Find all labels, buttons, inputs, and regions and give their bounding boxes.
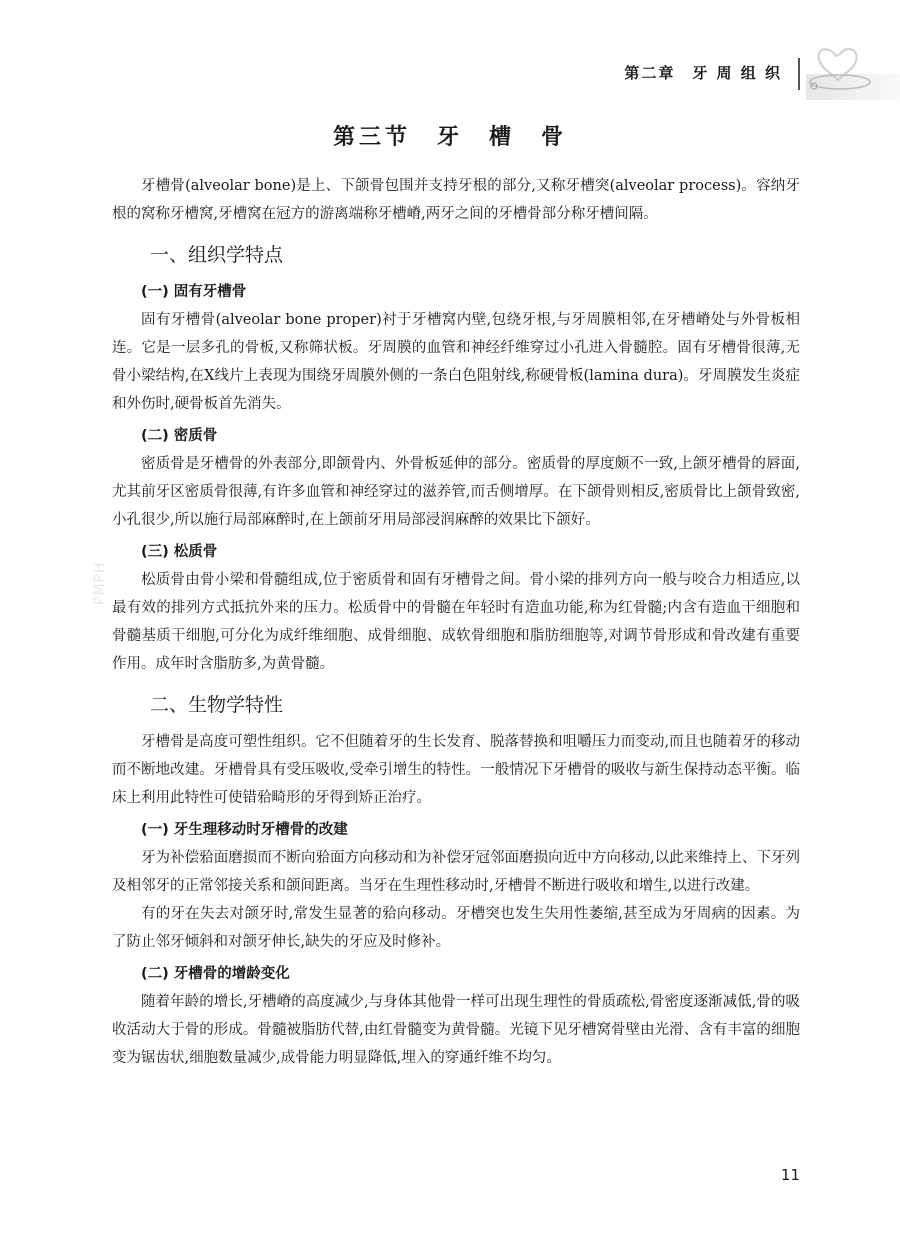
header-divider — [798, 58, 800, 90]
subheading-compact-bone: (二) 密质骨 — [112, 422, 800, 450]
subheading-age-changes: (二) 牙槽骨的增龄变化 — [112, 960, 800, 988]
logo-heart-icon — [806, 42, 900, 102]
paragraph: 松质骨由骨小梁和骨髓组成,位于密质骨和固有牙槽骨之间。骨小梁的排列方向一般与咬合… — [112, 566, 800, 678]
page-number: 11 — [781, 1166, 800, 1184]
watermark: PMPH — [92, 562, 108, 606]
subheading-alveolar-bone-proper: (一) 固有牙槽骨 — [112, 278, 800, 306]
paragraph: 随着年龄的增长,牙槽嵴的高度减少,与身体其他骨一样可出现生理性的骨质疏松,骨密度… — [112, 988, 800, 1072]
paragraph: 密质骨是牙槽骨的外表部分,即颌骨内、外骨板延伸的部分。密质骨的厚度颇不一致,上颌… — [112, 450, 800, 534]
subheading-cancellous-bone: (三) 松质骨 — [112, 538, 800, 566]
heading-histology: 一、组织学特点 — [112, 240, 800, 270]
paragraph: 牙槽骨是高度可塑性组织。它不但随着牙的生长发育、脱落替换和咀嚼压力而变动,而且也… — [112, 728, 800, 812]
paragraph: 牙为补偿𬌗面磨损而不断向𬌗面方向移动和为补偿牙冠邻面磨损向近中方向移动,以此来维… — [112, 844, 800, 900]
subheading-physiological-movement: (一) 牙生理移动时牙槽骨的改建 — [112, 816, 800, 844]
section-title: 第三节 牙 槽 骨 — [0, 120, 900, 151]
intro-paragraph: 牙槽骨(alveolar bone)是上、下颌骨包围并支持牙根的部分,又称牙槽突… — [112, 172, 800, 228]
running-header: 第二章 牙 周 组 织 — [0, 58, 900, 90]
paragraph: 固有牙槽骨(alveolar bone proper)衬于牙槽窝内壁,包绕牙根,… — [112, 306, 800, 418]
paragraph: 有的牙在失去对颌牙时,常发生显著的𬌗向移动。牙槽突也发生失用性萎缩,甚至成为牙周… — [112, 900, 800, 956]
document-body: 牙槽骨(alveolar bone)是上、下颌骨包围并支持牙根的部分,又称牙槽突… — [112, 172, 800, 1072]
heading-biology: 二、生物学特性 — [112, 690, 800, 720]
chapter-title: 第二章 牙 周 组 织 — [624, 62, 782, 83]
